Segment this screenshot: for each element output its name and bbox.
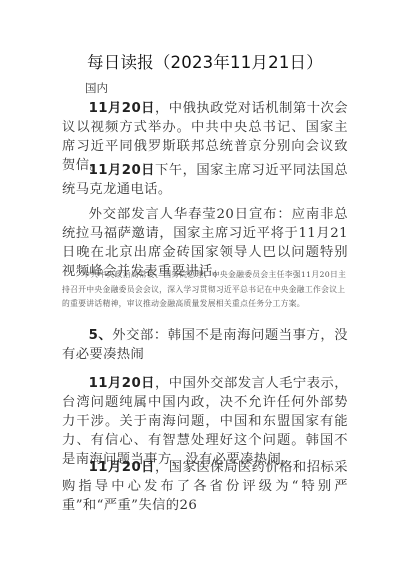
paragraph-text: 中共中央政治局常委、国务院总理、中央金融委员会主任李强11月20日主持召开中央金… bbox=[62, 270, 346, 308]
heading-number: 5、 bbox=[89, 328, 113, 343]
paragraph-lead: 11月20日 bbox=[89, 460, 155, 475]
paragraph-lead: 11月20日 bbox=[89, 163, 155, 178]
section-heading-5: 5、外交部：韩国不是南海问题当事方，没有必要凑热闹 bbox=[62, 326, 348, 364]
paragraph-lead: 11月20日 bbox=[89, 376, 155, 391]
document-page: 每日读报（2023年11月21日） 国内 11月20日，中俄执政党对话机制第十次… bbox=[0, 0, 410, 580]
paragraph-2: 11月20日下午，国家主席习近平同法国总统马克龙通电话。 bbox=[62, 161, 348, 199]
paragraph-6: 11月20日，中国外交部发言人毛宁表示，台湾问题纯属中国内政，决不允许任何外部势… bbox=[62, 374, 348, 469]
section-label: 国内 bbox=[85, 80, 108, 96]
paragraph-7: 11月20日，国家医保局医药价格和招标采购指导中心发布了各省份评级为“特别严重”… bbox=[62, 458, 348, 515]
paragraph-4-small: 中共中央政治局常委、国务院总理、中央金融委员会主任李强11月20日主持召开中央金… bbox=[62, 268, 352, 312]
document-title: 每日读报（2023年11月21日） bbox=[0, 49, 410, 73]
paragraph-lead: 11月20日 bbox=[89, 101, 155, 116]
